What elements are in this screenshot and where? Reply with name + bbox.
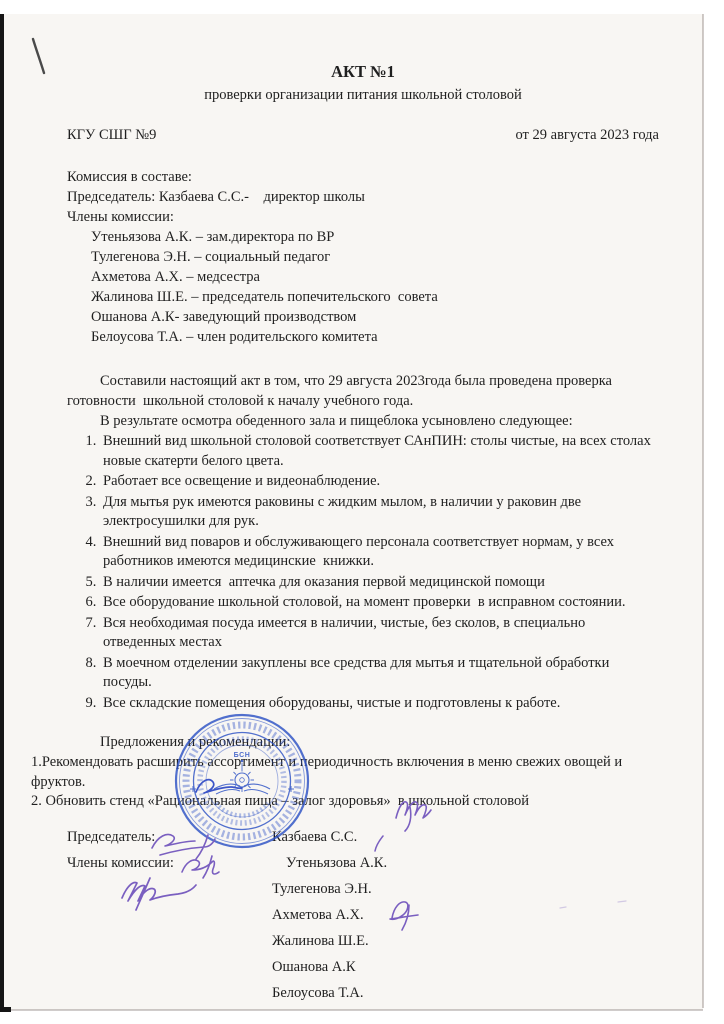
commission-members-label: Члены комиссии: (67, 207, 659, 227)
finding-item: Все оборудование школьной столовой, на м… (100, 593, 659, 613)
finding-item: В наличии имеется аптечка для оказания п… (100, 573, 659, 593)
commission-member: Жалинова Ш.Е. – председатель попечительс… (91, 287, 659, 307)
members-label: Члены комиссии: (67, 853, 272, 873)
finding-item: Для мытья рук имеются раковины с жидким … (100, 493, 659, 532)
commission-member: Тулегенова Э.Н. – социальный педагог (91, 247, 659, 267)
signature-row-member: Ошанова А.К (67, 957, 659, 983)
commission-member: Ахметова А.Х. – медсестра (91, 267, 659, 287)
findings-list: Внешний вид школьной столовой соответств… (67, 432, 659, 713)
chair-name: Казбаева С.С. (272, 827, 357, 847)
organization-name: КГУ СШГ №9 (67, 125, 156, 145)
scanned-document: АКТ №1 проверки организации питания школ… (0, 0, 724, 1024)
signature-row-chair: Председатель: Казбаева С.С. (67, 827, 659, 853)
document-subtitle: проверки организации питания школьной ст… (67, 85, 659, 105)
member-name: Ахметова А.Х. (272, 905, 364, 925)
signature-row-member: Члены комиссии: Утеньязова А.К. (67, 853, 659, 879)
finding-item: Работает все освещение и видеонаблюдение… (100, 472, 659, 492)
finding-item: В моечном отделении закуплены все средст… (100, 654, 659, 693)
commission-member: Утеньязова А.К. – зам.директора по ВР (91, 227, 659, 247)
header-row: КГУ СШГ №9 от 29 августа 2023 года (67, 125, 659, 145)
member-name: Жалинова Ш.Е. (272, 931, 369, 951)
commission-member: Белоусова Т.А. – член родительского коми… (91, 327, 659, 347)
body-paragraph-1: Составили настоящий акт в том, что 29 ав… (67, 371, 659, 411)
finding-item: Вся необходимая посуда имеется в наличии… (100, 614, 659, 653)
finding-item: Внешний вид школьной столовой соответств… (100, 432, 659, 471)
commission-chair-line: Председатель: Казбаева С.С.- директор шк… (67, 187, 659, 207)
finding-item: Внешний вид поваров и обслуживающего пер… (100, 533, 659, 572)
signatures-section: Председатель: Казбаева С.С. Члены комисс… (67, 827, 659, 1009)
chair-label: Председатель: (67, 827, 272, 847)
signature-row-member: Белоусова Т.А. (67, 983, 659, 1009)
commission-member: Ошанова А.К- заведующий производством (91, 307, 659, 327)
signature-row-member: Жалинова Ш.Е. (67, 931, 659, 957)
scan-edge-right (702, 14, 704, 1008)
finding-item: Все складские помещения оборудованы, чис… (100, 694, 659, 714)
member-name: Ошанова А.К (272, 957, 356, 977)
recommendations-heading: Предложения и рекомендации: (67, 733, 659, 752)
member-name: Тулегенова Э.Н. (272, 879, 372, 899)
body-paragraph-2: В результате осмотра обеденного зала и п… (67, 411, 659, 431)
commission-section: Комиссия в составе: Председатель: Казбае… (67, 167, 659, 347)
recommendations-section: Предложения и рекомендации: 1.Рекомендов… (67, 733, 659, 812)
commission-members-list: Утеньязова А.К. – зам.директора по ВР Ту… (67, 227, 659, 347)
document-date: от 29 августа 2023 года (516, 125, 660, 145)
member-name: Утеньязова А.К. (272, 853, 387, 873)
document-content: АКТ №1 проверки организации питания школ… (67, 48, 659, 1009)
recommendations-list: 1.Рекомендовать расширить ассортимент и … (31, 753, 663, 812)
scan-edge-left (0, 14, 4, 1008)
scan-corner-mark (0, 1007, 11, 1012)
act-body: Составили настоящий акт в том, что 29 ав… (67, 371, 659, 713)
document-title: АКТ №1 (67, 62, 659, 82)
signature-row-member: Тулегенова Э.Н. (67, 879, 659, 905)
commission-intro: Комиссия в составе: (67, 167, 659, 187)
scan-edge-bottom (3, 1009, 703, 1011)
signature-row-member: Ахметова А.Х. (67, 905, 659, 931)
recommendation-item: 1.Рекомендовать расширить ассортимент и … (31, 753, 663, 792)
recommendation-item: 2. Обновить стенд «Рациональная пища – з… (31, 792, 663, 812)
member-name: Белоусова Т.А. (272, 983, 363, 1003)
